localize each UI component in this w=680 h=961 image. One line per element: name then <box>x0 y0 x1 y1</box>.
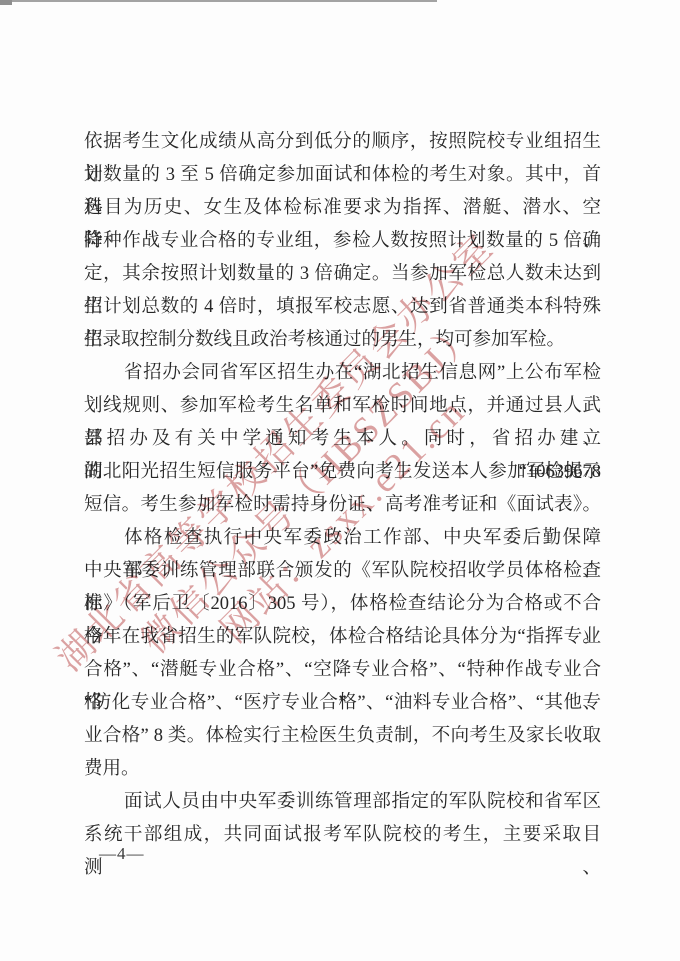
document-body: 依据考生文化成绩从高分到低分的顺序，按照院校专业组招生计划数量的 3 至 5 倍… <box>84 126 601 852</box>
text-line: 准》（军后卫〔2016〕305 号），体格检查结论分为合格或不合格。 <box>84 588 601 621</box>
scan-corner-artifact <box>0 0 12 5</box>
text-line: 省招办会同省军区招生办在“湖北招生信息网”上公布军检 <box>84 357 601 390</box>
text-line: 系统干部组成，共同面试报考军队院校的考生，主要采取目测、 <box>84 819 601 852</box>
text-line: 划线规则、参加军检考生名单和军检时间地点，并通过县人武部、 <box>84 390 601 423</box>
text-line: 今年在我省招生的军队院校，体检合格结论具体分为“指挥专业 <box>84 621 601 654</box>
text-line: 科目为历史、女生及体检标准要求为指挥、潜艇、潜水、空降、 <box>84 192 601 225</box>
text-line: 体格检查执行中央军委政治工作部、中央军委后勤保障部、 <box>84 522 601 555</box>
text-line: 合格”、“潜艇专业合格”、“空降专业合格”、“特种作战专业合格”、 <box>84 654 601 687</box>
text-line: 费用。 <box>84 753 601 786</box>
text-line: 业合格” 8 类。体检实行主检医生负责制，不向考生及家长收取 <box>84 720 601 753</box>
text-line: 中央军委训练管理部联合颁发的《军队院校招收学员体格检查标 <box>84 555 601 588</box>
text-line: 面试人员由中央军委训练管理部指定的军队院校和省军区 <box>84 786 601 819</box>
text-line: 生计划总数的 4 倍时，填报军校志愿、达到省普通类本科特殊招 <box>84 291 601 324</box>
text-line: 生录取控制分数线且政治考核通过的男生，均可参加军检。 <box>84 324 601 357</box>
document-page: 依据考生文化成绩从高分到低分的顺序，按照院校专业组招生计划数量的 3 至 5 倍… <box>0 0 680 961</box>
page-number: —4— <box>99 844 145 864</box>
scan-edge-artifact <box>0 0 437 2</box>
text-line: 短信。考生参加军检时需持身份证、高考准考证和《面试表》。 <box>84 489 601 522</box>
text-line: 县招办及有关中学通知考生本人。同时，省招办建立的“10639678 <box>84 423 601 456</box>
text-line: 定，其余按照计划数量的 3 倍确定。当参加军检总人数未达到招 <box>84 258 601 291</box>
text-line: 依据考生文化成绩从高分到低分的顺序，按照院校专业组招生计 <box>84 126 601 159</box>
text-line: 湖北阳光招生短信服务平台”免费向考生发送本人参加军检提示 <box>84 456 601 489</box>
text-line: “防化专业合格”、“医疗专业合格”、“油料专业合格”、“其他专 <box>84 687 601 720</box>
text-line: 划数量的 3 至 5 倍确定参加面试和体检的考生对象。其中，首选 <box>84 159 601 192</box>
text-line: 特种作战专业合格的专业组，参检人数按照计划数量的 5 倍确 <box>84 225 601 258</box>
